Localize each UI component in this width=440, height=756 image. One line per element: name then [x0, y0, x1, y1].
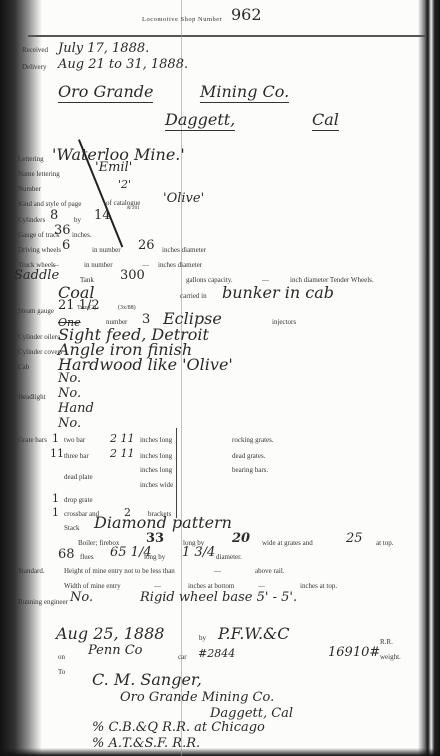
flues-count: 68 — [58, 547, 75, 562]
shop-number: 962 — [231, 5, 262, 24]
standard-label: Standard. — [18, 567, 45, 575]
bearing-bars-label: bearing bars. — [232, 466, 268, 474]
scan-edge-left — [0, 0, 42, 756]
document-page: Locomotive Shop Number 962 Received July… — [0, 0, 440, 756]
routing-line-2: % A.T.&S.F. R.R. — [92, 736, 200, 751]
three-bar-unit: inches long — [140, 452, 172, 460]
three-bar-count: 11 — [50, 447, 64, 460]
dead-plate-wide-unit: inches wide — [140, 481, 173, 489]
cylinders-label: Cylinders — [18, 216, 45, 224]
fuel-carried-in: bunker in cab — [222, 283, 334, 302]
mine-width-top: — — [258, 582, 265, 590]
catalogue-note: & 201 — [127, 206, 140, 211]
shipping-weight: 16910# — [328, 645, 380, 660]
cylinder-stroke: 14 — [94, 208, 111, 223]
inches-bottom-label: inches at bottom — [188, 582, 234, 590]
delivery-label: Delivery — [22, 63, 47, 71]
consignee-city: Daggett, Cal — [210, 706, 293, 721]
style-label: Kind and style of page — [18, 200, 81, 208]
injectors-label: injectors — [272, 318, 296, 326]
firebox-at-top-label: at top. — [376, 539, 394, 547]
two-bar-count: 1 — [52, 432, 59, 445]
firebox-top: 25 — [346, 531, 363, 546]
scan-edge-right — [418, 0, 440, 756]
engineer-label: Running engineer — [18, 598, 68, 606]
lettering-label: Lettering — [18, 155, 44, 163]
injectors-note: (3x/88) — [118, 305, 136, 311]
cylinder-by-label: by — [74, 216, 81, 224]
injectors-inserted: Two (2) — [77, 305, 96, 311]
carried-in-label: carried in — [180, 292, 207, 300]
mine-height-label: Height of mine entry not to be less than — [64, 567, 175, 575]
driving-wheels-diameter: 26 — [138, 238, 155, 253]
drop-grate-count: 1 — [52, 492, 59, 505]
covers-label: Cylinder covers — [18, 348, 63, 356]
delivery-date: Aug 21 to 31, 1888. — [58, 57, 188, 72]
tank-capacity: 300 — [120, 268, 145, 283]
three-bar-length: 2 11 — [110, 447, 135, 460]
received-label: Received — [22, 46, 48, 54]
headlight-label: Headlight — [18, 393, 46, 401]
spec-line-d: No. — [58, 416, 81, 431]
tank-style: Saddle — [14, 268, 59, 283]
driving-in-number-label: in number — [92, 246, 121, 254]
driving-wheels-count: 6 — [62, 238, 70, 253]
cab-value: Hardwood like 'Olive' — [58, 355, 233, 374]
oilers-label: Cylinder oilers — [18, 333, 60, 341]
above-rail-label: above rail. — [255, 567, 285, 575]
on-label: on — [58, 653, 65, 661]
customer-name-1: Oro Grande — [58, 82, 153, 103]
shop-number-label: Locomotive Shop Number — [142, 16, 222, 23]
wheelbase-note: Rigid wheel base 5' - 5'. — [140, 590, 297, 605]
customer-name-2: Mining Co. — [200, 82, 289, 103]
catalogue-style: 'Olive' — [163, 191, 204, 206]
cylinder-diameter: 8 — [50, 208, 58, 223]
received-date: July 17, 1888. — [58, 41, 149, 56]
two-bar-label: two bar — [64, 436, 85, 444]
driving-diameter-label: inches diameter — [162, 246, 206, 254]
truck-in-number-label: in number — [84, 261, 113, 269]
grate-bracket-rule — [176, 428, 177, 518]
weight-label: weight. — [380, 653, 401, 661]
by-rr-label: by — [199, 634, 206, 642]
mine-height-value: — — [214, 567, 221, 575]
dead-plate-long-unit: inches long — [140, 466, 172, 474]
car-number: #2844 — [198, 647, 235, 660]
dead-grates-label: dead grates. — [232, 452, 265, 460]
scan-edge-bottom — [0, 748, 440, 756]
firebox-length: 33 — [146, 531, 164, 546]
headlight-value: No. — [58, 386, 81, 401]
gauge-value: 36 — [54, 223, 71, 238]
customer-state: Cal — [312, 110, 339, 131]
rr-label: R.R. — [380, 638, 393, 646]
shipped-date: Aug 25, 1888 — [56, 624, 164, 643]
name-lettering-value: 'Emil' — [95, 160, 132, 175]
two-bar-unit: inches long — [140, 436, 172, 444]
stack-value: Diamond pattern — [94, 513, 232, 532]
cab-label: Cab — [18, 363, 29, 371]
gauge-unit: inches. — [72, 231, 92, 239]
consignee-company: Oro Grande Mining Co. — [120, 690, 274, 705]
car-label: car — [178, 653, 187, 661]
flues-long-by-label: long by — [144, 553, 165, 561]
to-label: To — [58, 668, 65, 676]
flues-diameter-label: diameter. — [216, 553, 242, 561]
grate-bars-label: Grate bars — [18, 436, 47, 444]
name-lettering-label: Name lettering — [18, 170, 60, 178]
stack-label: Stack — [64, 524, 80, 532]
flues-diameter: 1 3/4 — [182, 545, 215, 560]
crossbar-count: 1 — [52, 506, 59, 519]
firebox-width: 20 — [232, 531, 250, 546]
drop-grate-label: drop grate — [64, 496, 93, 504]
driving-wheels-label: Driving wheels — [18, 246, 61, 254]
header-divider — [28, 35, 426, 37]
mine-width-label: Width of mine entry — [64, 582, 121, 590]
truck-diameter-label: inches diameter — [158, 261, 202, 269]
mine-width-bottom: — — [154, 582, 161, 590]
number-label: Number — [18, 185, 41, 193]
two-bar-length: 2 11 — [110, 432, 135, 445]
rocking-grates-label: rocking grates. — [232, 436, 274, 444]
inches-top-label: inches at top. — [300, 582, 337, 590]
three-bar-label: three bar — [64, 452, 89, 460]
dead-plate-label: dead plate — [64, 473, 93, 481]
spec-line-a: No. — [58, 371, 81, 386]
brake-type: Hand — [58, 401, 94, 416]
engineer-value: No. — [70, 590, 93, 605]
routing-line-1: % C.B.&Q R.R. at Chicago — [92, 720, 265, 735]
consignee-name: C. M. Sanger, — [92, 670, 202, 689]
flues-label: flues — [80, 553, 94, 561]
firebox-wide-label: wide at grates and — [262, 539, 313, 547]
car-owner: Penn Co — [88, 643, 143, 658]
steam-gauge-label: Steam gauge — [18, 307, 54, 315]
customer-city: Daggett, — [165, 110, 235, 131]
railroad-name: P.F.W.&C — [218, 624, 290, 643]
number-value: '2' — [118, 178, 131, 191]
